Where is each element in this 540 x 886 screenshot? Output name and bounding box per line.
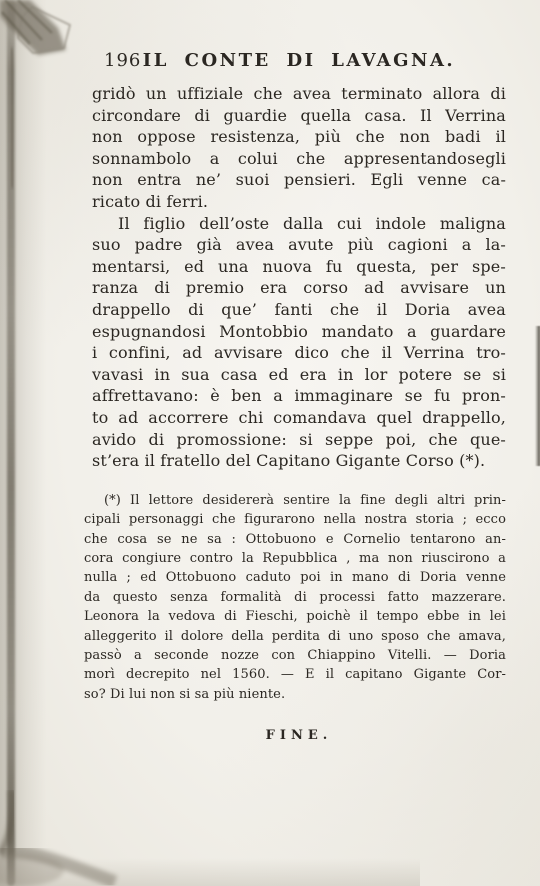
text-line: drappello di que’ fanti che il Doria ave… (92, 299, 506, 321)
text-line: sonnambolo a colui che appresentandosegl… (92, 148, 506, 170)
page-header: 196 IL CONTE DI LAVAGNA. (92, 50, 506, 74)
running-title: IL CONTE DI LAVAGNA. (92, 50, 506, 71)
text-line: suo padre già avea avute più cagioni a l… (92, 234, 506, 256)
text-line: non entra ne’ suoi pensieri. Egli venne … (92, 169, 506, 191)
text-line: nulla ; ed Ottobuono caduto poi in mano … (84, 568, 506, 587)
text-line: passò a seconde nozze con Chiappino Vite… (84, 646, 506, 665)
text-line: da questo senza formalità di processi fa… (84, 588, 506, 607)
bottom-smudge (0, 790, 210, 886)
text-line: avido di promossione: si seppe poi, che … (92, 429, 506, 451)
text-line: affrettavano: è ben a immaginare se fu p… (92, 385, 506, 407)
end-mark: FINE. (92, 728, 506, 743)
text-line: cora congiure contro la Repubblica , ma … (84, 549, 506, 568)
paragraph: Il figlio dell’oste dalla cui indole mal… (92, 213, 506, 472)
text-line: ranza di premio era corso ad avvisare un (92, 277, 506, 299)
text-line: to ad accorrere chi comandava quel drapp… (92, 407, 506, 429)
paragraph: gridò un uffiziale che avea terminato al… (92, 83, 506, 213)
page-number: 196 (104, 50, 141, 71)
body-text: gridò un uffiziale che avea terminato al… (92, 83, 506, 472)
text-line: espugnandosi Montobbio mandato a guardar… (92, 321, 506, 343)
text-line: circondare di guardie quella casa. Il Ve… (92, 105, 506, 127)
text-line: ricato di ferri. (92, 191, 506, 213)
right-edge-shadow (535, 326, 540, 466)
text-line: alleggerito il dolore della perdita di u… (84, 627, 506, 646)
printed-text-block: 196 IL CONTE DI LAVAGNA. gridò un uffizi… (92, 50, 506, 743)
text-line: che cosa se ne sa : Ottobuono e Cornelio… (84, 530, 506, 549)
text-line: Leonora la vedova di Fieschi, poichè il … (84, 607, 506, 626)
text-line: vavasi in sua casa ed era in lor potere … (92, 364, 506, 386)
text-line: Il figlio dell’oste dalla cui indole mal… (92, 213, 506, 235)
footnote: (*) Il lettore desidererà sentire la fin… (84, 491, 506, 704)
text-line: so? Di lui non si sa più niente. (84, 685, 506, 704)
text-line: gridò un uffiziale che avea terminato al… (92, 83, 506, 105)
text-line: cipali personaggi che figurarono nella n… (84, 510, 506, 529)
text-line: (*) Il lettore desidererà sentire la fin… (84, 491, 506, 510)
text-line: non oppose resistenza, più che non badi … (92, 126, 506, 148)
text-line: mentarsi, ed una nuova fu questa, per sp… (92, 256, 506, 278)
text-line: morì decrepito nel 1560. — E il capitano… (84, 665, 506, 684)
text-line: st’era il fratello del Capitano Gigante … (92, 450, 506, 472)
scanned-book-page: 196 IL CONTE DI LAVAGNA. gridò un uffizi… (0, 0, 540, 886)
text-line: i confini, ad avvisare dico che il Verri… (92, 342, 506, 364)
